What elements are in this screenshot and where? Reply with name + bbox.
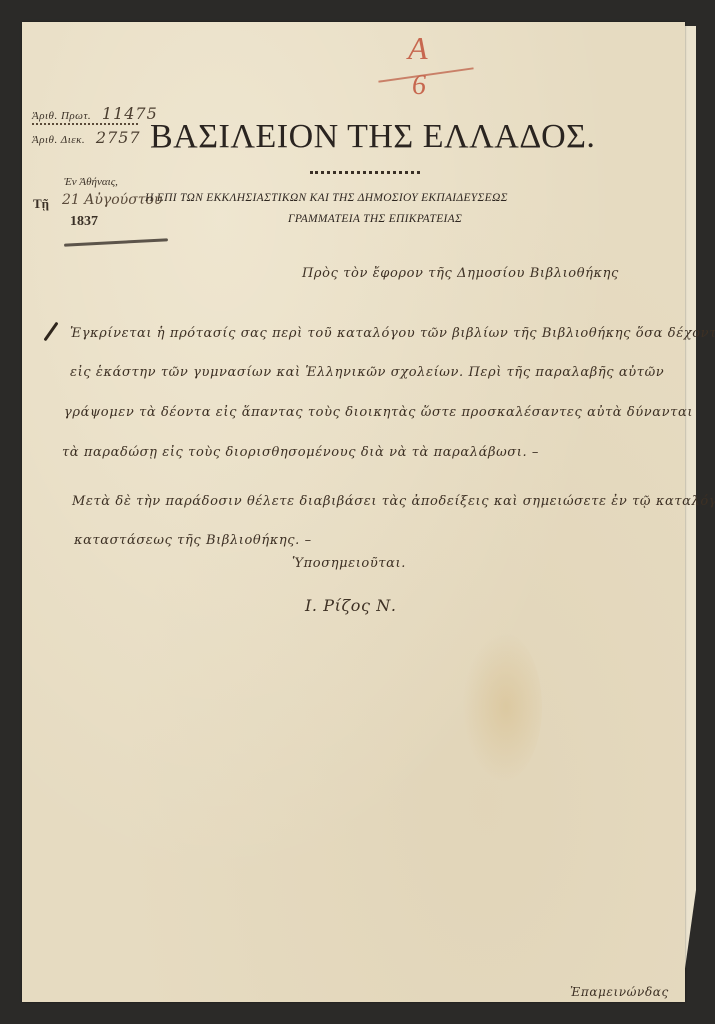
archive-mark: A 6 (378, 30, 468, 100)
body-line: Ἐγκρίνεται ἡ πρότασίς σας περὶ τοῦ καταλ… (70, 326, 715, 341)
reference-divider (32, 123, 138, 125)
body-line: Μετὰ δὲ τὴν παράδοσιν θέλετε διαβιβάσει … (72, 494, 715, 509)
letterhead-title: ΒΑΣΙΛΕΙΟΝ ΤΗΣ ΕΛΛΑΔΟΣ. (150, 118, 660, 156)
body-line: γράψομεν τὰ δέοντα εἰς ἅπαντας τοὺς διοι… (64, 405, 693, 420)
protocol-reference: Ἀριθ. Πρωτ. 11475 (32, 104, 158, 123)
body-line: εἰς ἑκάστην τῶν γυμνασίων καὶ Ἑλληνικῶν … (70, 365, 664, 380)
receiver-signature: Ἐπαμεινώνδας (570, 985, 669, 999)
dateline-place: Ἐν Ἀθήναις, (64, 176, 118, 188)
body-line: τὰ παραδώσῃ εἰς τοὺς διορισθησομένους δι… (62, 445, 539, 460)
addressee: Πρὸς τὸν ἔφορον τῆς Δημοσίου Βιβλιοθήκης (302, 266, 619, 281)
dateline-day-label: Τῇ (33, 196, 49, 212)
water-stain (462, 632, 542, 782)
title-divider (310, 171, 420, 174)
department-line-1: Η ΕΠΙ ΤΩΝ ΕΚΚΛΗΣΙΑΣΤΙΚΩΝ ΚΑΙ ΤΗΣ ΔΗΜΟΣΙΟ… (145, 192, 645, 204)
archive-mark-fraction-bar (378, 67, 473, 82)
department-line-2: ΓΡΑΜΜΑΤΕΙΑ ΤΗΣ ΕΠΙΚΡΑΤΕΙΑΣ (288, 213, 462, 225)
archive-mark-numerator: A (408, 30, 428, 67)
body-line: καταστάσεως τῆς Βιβλιοθήκης. – (74, 533, 312, 548)
document-page (22, 22, 685, 1002)
protocol-label: Ἀριθ. Πρωτ. (32, 110, 91, 122)
dieq-number: 2757 (96, 128, 141, 147)
archive-mark-denominator: 6 (412, 70, 426, 102)
dateline-year: 1837 (70, 214, 98, 230)
dieq-label: Ἀριθ. Διεκ. (32, 134, 85, 146)
closing: Ὑποσημειοῦται. (292, 556, 406, 571)
signature: Ι. Ρίζος Ν. (305, 596, 397, 615)
dieq-reference: Ἀριθ. Διεκ. 2757 (32, 128, 141, 147)
